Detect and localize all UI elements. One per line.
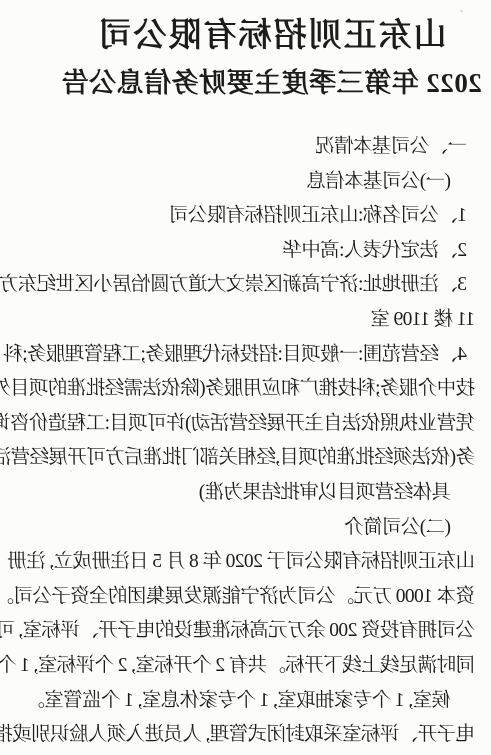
item-business-scope-cont-1: 技中介服务;科技推广和应用服务(除依法需经批准的项目外,	[12, 372, 475, 407]
scanned-document-page: 山东正则招标有限公司 2022 年第三季度主要财务信息公告 一、公司基本情况 (…	[0, 0, 491, 755]
section-heading-company-overview: 一、公司基本情况	[12, 130, 475, 165]
document-title-company: 山东正则招标有限公司	[26, 12, 491, 60]
profile-paragraph-line-3: 公司拥有投资 200 余万元高标准建设的电子开、评标室, 可	[12, 614, 475, 649]
item-business-scope-cont-4: 具体经营项目以审批结果为准)	[12, 476, 475, 511]
item-business-scope-cont-3: 务(依法须经批准的项目,经相关部门批准后方可开展经营活动,	[12, 441, 475, 476]
subsection-heading-basic-info: (一)公司基本信息	[12, 165, 475, 200]
profile-paragraph-line-2: 资本 1000 万元。公司为济宁能源发展集团的全资子公司。	[12, 580, 475, 615]
item-registered-address-cont: 11 楼 1109 室	[12, 303, 475, 338]
profile-paragraph-line-6: 电子开、评标室采取封闭式管理, 人员进入须人脸识别或指	[12, 718, 475, 753]
item-legal-representative: 2、法定代表人:高中华	[12, 234, 475, 269]
document-title-announcement: 2022 年第三季度主要财务信息公告	[26, 60, 491, 106]
profile-paragraph-line-1: 山东正则招标有限公司于 2020 年 8 月 5 日注册成立, 注册	[12, 545, 475, 580]
item-business-scope: 4、经营范围:一般项目:招投标代理服务;工程管理服务;科	[12, 338, 475, 373]
profile-paragraph-line-5: 候室, 1 个专家抽取室, 1 个专家休息室, 1 个监管室。	[12, 684, 475, 719]
subsection-heading-company-profile: (二)公司简介	[12, 511, 475, 546]
document-body: 一、公司基本情况 (一)公司基本信息 1、公司名称:山东正则招标有限公司 2、法…	[0, 130, 491, 753]
mirrored-content: 山东正则招标有限公司 2022 年第三季度主要财务信息公告 一、公司基本情况 (…	[0, 0, 491, 755]
profile-paragraph-line-4: 同时满足线上线下开标。共有 2 个开标室, 2 个评标室, 1 个等	[12, 649, 475, 684]
document-header: 山东正则招标有限公司 2022 年第三季度主要财务信息公告	[26, 12, 491, 106]
item-company-name: 1、公司名称:山东正则招标有限公司	[12, 199, 475, 234]
item-business-scope-cont-2: 凭营业执照依法自主开展经营活动)许可项目:工程造价咨询业	[12, 407, 475, 442]
item-registered-address: 3、注册地址:济宁高新区崇文大道方圆怡居小区世纪东方大厦	[12, 268, 475, 303]
